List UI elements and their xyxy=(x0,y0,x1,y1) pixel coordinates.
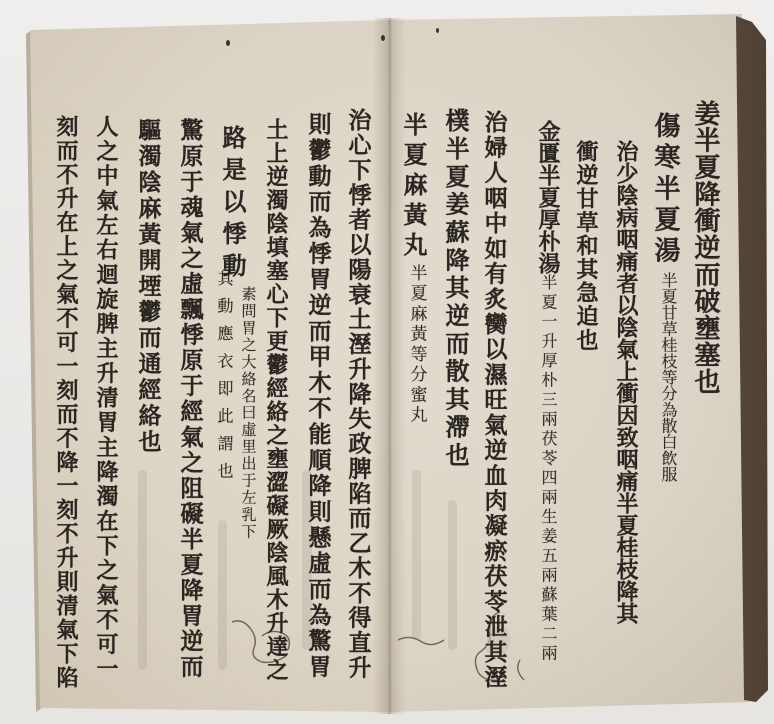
right-col-5-title: 金匱半夏厚朴湯 xyxy=(537,120,559,272)
left-col-4-text: 路是以悸動 xyxy=(220,125,244,285)
left-col-3-text: 土上逆濁陰填塞心下更鬱經絡之壅澀礙厥陰風木升達之 xyxy=(265,118,287,682)
right-col-5-annotation: 半夏一升厚朴三兩茯苓四兩生姜五兩蘇葉二兩 xyxy=(540,274,556,664)
left-col-7-text: 人之中氣左右迴旋脾主升清胃主降濁在下之氣不可一 xyxy=(95,115,117,682)
left-col-8-text: 刻而不升在上之氣不可一刻而不降一刻不升則清氣下陷 xyxy=(55,115,77,690)
left-col-2-text: 則鬱動而為悸胃逆而甲木不能順降則懸虛而為驚胃 xyxy=(307,112,330,680)
left-col-6-text: 驅濁陰麻黃開堙鬱而通經絡也 xyxy=(137,118,160,455)
right-col-2-title: 傷寒半夏湯 xyxy=(652,112,678,268)
left-col-1-text: 治心下悸者以陽衰土溼升降失政脾陷而乙木不得直升 xyxy=(347,108,370,680)
right-col-4-text: 衝逆甘草和其急迫也 xyxy=(575,140,597,352)
right-col-8-annotation: 半夏麻黃等分蜜丸 xyxy=(408,264,425,426)
left-col-4-annotation-left: 其動應衣即此謂也 xyxy=(216,270,232,490)
right-col-7-text: 樸半夏姜蘇降其逆而散其滯也 xyxy=(443,108,467,470)
right-col-8-title: 半夏麻黃丸 xyxy=(401,112,425,262)
right-col-3-text: 治少陰病咽痛者以陰氣上衝因致咽痛半夏桂枝降其 xyxy=(615,140,637,622)
left-col-5-text: 驚原于魂氣之虛飄悸原于經氣之阻礙半夏降胃逆而 xyxy=(179,118,202,680)
right-col-2-annotation: 半夏甘草桂枝等分為散白飲服 xyxy=(660,272,676,482)
left-col-4-annotation-right: 素問胃之大絡名曰虛里出于左乳下 xyxy=(241,286,256,540)
right-col-6-text: 治婦人咽中如有炙臠以濕旺氣逆血肉凝瘀茯苓泄其溼 xyxy=(483,110,506,690)
right-col-1-text: 姜半夏降衝逆而破壅塞也 xyxy=(692,100,718,395)
